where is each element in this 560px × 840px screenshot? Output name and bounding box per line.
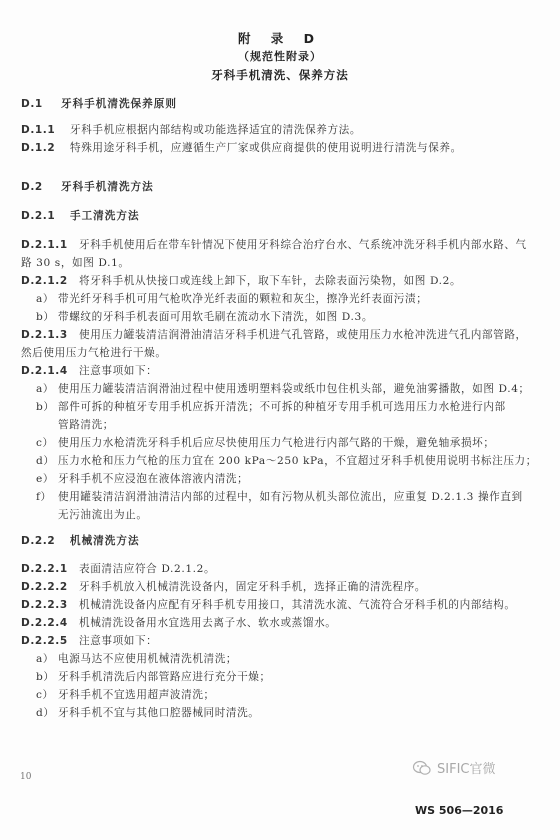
list-item: d）压力水枪和压力气枪的压力宜在 200 kPa～250 kPa，不宜超过牙科手… — [36, 454, 537, 468]
list-text: 牙科手机不应浸泡在液体溶液内清洗； — [58, 473, 248, 485]
normative-label: （规范性附录） — [0, 48, 560, 64]
clause-d225: D.2.2.5注意事项如下： — [21, 634, 157, 648]
clause-text: 牙科手机使用后在带车针情况下使用牙科综合治疗台水、气系统冲洗牙科手机内部水路、气 — [79, 239, 527, 251]
list-text: 使用压力罐装清洁润滑油过程中使用透明塑料袋或纸巾包住机头部，避免油雾播散，如图 … — [58, 383, 530, 395]
clause-text: 表面清洁应符合 D.2.1.2。 — [79, 563, 215, 575]
clause-number: D.1.1 — [21, 123, 70, 137]
list-text: 牙科手机不宜选用超声波清洗； — [58, 689, 215, 701]
watermark: SIFIC官微 — [412, 758, 495, 777]
list-text: 牙科手机不宜与其他口腔器械同时清洗。 — [58, 707, 260, 719]
list-label: e） — [36, 472, 58, 486]
page-title: 牙科手机清洗、保养方法 — [0, 67, 560, 83]
section-heading-d21: D.2.1手工清洗方法 — [21, 209, 140, 223]
list-label: b） — [36, 310, 58, 324]
list-item: a）带光纤牙科手机可用气枪吹净光纤表面的颗粒和灰尘，擦净光纤表面污渍； — [36, 292, 427, 306]
list-label: b） — [36, 670, 58, 684]
appendix-label: 附 录 D — [0, 29, 560, 47]
section-heading-d2: D.2牙科手机清洗方法 — [21, 180, 154, 194]
watermark-text: SIFIC官微 — [437, 758, 495, 777]
page-number: 10 — [20, 772, 31, 782]
clause-text: 注意事项如下： — [79, 635, 157, 647]
list-label: a） — [36, 652, 58, 666]
list-text: 电源马达不应使用机械清洗机清洗； — [58, 653, 237, 665]
list-label: c） — [36, 688, 58, 702]
section-title: 机械清洗方法 — [70, 535, 140, 547]
clause-d222: D.2.2.2牙科手机放入机械清洗设备内，固定牙科手机，选择正确的清洗程序。 — [21, 580, 426, 594]
clause-d11: D.1.1牙科手机应根据内部结构或功能选择适宜的清洗保养方法。 — [21, 123, 361, 137]
list-text: 牙科手机清洗后内部管路应进行充分干燥； — [58, 671, 271, 683]
list-text: 压力水枪和压力气枪的压力宜在 200 kPa～250 kPa，不宜超过牙科手机使… — [58, 455, 537, 467]
list-label: f） — [36, 490, 58, 504]
clause-d223: D.2.2.3机械清洗设备内应配有牙科手机专用接口，其清洗水流、气流符合牙科手机… — [21, 598, 516, 612]
clause-number: D.2.2.3 — [21, 598, 79, 612]
list-text: 带螺纹的牙科手机表面可用软毛刷在流动水下清洗，如图 D.3。 — [58, 311, 373, 323]
clause-number: D.2.2.1 — [21, 562, 79, 576]
clause-text: 机械清洗设备用水宜选用去离子水、软水或蒸馏水。 — [79, 617, 336, 629]
clause-d12: D.1.2特殊用途牙科手机，应遵循生产厂家或供应商提供的使用说明进行清洗与保养。 — [21, 141, 462, 155]
list-item: a）使用压力罐装清洁润滑油过程中使用透明塑料袋或纸巾包住机头部，避免油雾播散，如… — [36, 382, 530, 396]
list-item: b）部件可拆的种植牙专用手机应拆开清洗；不可拆的种植牙专用手机可选用压力水枪进行… — [36, 400, 506, 414]
list-item-continuation: 管路清洗； — [58, 418, 114, 432]
list-label: c） — [36, 436, 58, 450]
list-text: 使用压力水枪清洗牙科手机后应尽快使用压力气枪进行内部气路的干燥，避免轴承损坏； — [58, 437, 495, 449]
list-text: 部件可拆的种植牙专用手机应拆开清洗；不可拆的种植牙专用手机可选用压力水枪进行内部 — [58, 401, 506, 413]
list-item: c）使用压力水枪清洗牙科手机后应尽快使用压力气枪进行内部气路的干燥，避免轴承损坏… — [36, 436, 495, 450]
clause-number: D.2.1.2 — [21, 274, 79, 288]
list-item: f）使用罐装清洁润滑油清洁内部的过程中，如有污物从机头部位流出，应重复 D.2.… — [36, 490, 523, 504]
section-title: 牙科手机清洗方法 — [61, 181, 154, 193]
clause-number: D.2.2.2 — [21, 580, 79, 594]
clause-text: 牙科手机应根据内部结构或功能选择适宜的清洗保养方法。 — [70, 124, 361, 136]
standard-number: WS 506—2016 — [415, 804, 503, 817]
clause-d211-continuation: 路 30 s，如图 D.1。 — [21, 256, 130, 270]
list-label: d） — [36, 454, 58, 468]
list-item: e）牙科手机不应浸泡在液体溶液内清洗； — [36, 472, 248, 486]
clause-d214: D.2.1.4注意事项如下： — [21, 364, 157, 378]
list-item: d）牙科手机不宜与其他口腔器械同时清洗。 — [36, 706, 260, 720]
list-item: a）电源马达不应使用机械清洗机清洗； — [36, 652, 237, 666]
clause-text: 特殊用途牙科手机，应遵循生产厂家或供应商提供的使用说明进行清洗与保养。 — [70, 142, 462, 154]
clause-d213-continuation: 然后使用压力气枪进行干燥。 — [21, 346, 167, 360]
clause-d224: D.2.2.4机械清洗设备用水宜选用去离子水、软水或蒸馏水。 — [21, 616, 336, 630]
section-heading-d1: D.1牙科手机清洗保养原则 — [21, 97, 177, 111]
section-heading-d22: D.2.2机械清洗方法 — [21, 534, 140, 548]
clause-d212: D.2.1.2将牙科手机从快接口或连线上卸下，取下车针，去除表面污染物，如图 D… — [21, 274, 461, 288]
list-item: b）牙科手机清洗后内部管路应进行充分干燥； — [36, 670, 271, 684]
list-text: 带光纤牙科手机可用气枪吹净光纤表面的颗粒和灰尘，擦净光纤表面污渍； — [58, 293, 427, 305]
wechat-icon — [412, 760, 432, 776]
list-item: c）牙科手机不宜选用超声波清洗； — [36, 688, 215, 702]
list-item-continuation: 无污油流出为止。 — [58, 508, 148, 522]
list-label: b） — [36, 400, 58, 414]
section-number: D.2.2 — [21, 534, 70, 548]
clause-text: 牙科手机放入机械清洗设备内，固定牙科手机，选择正确的清洗程序。 — [79, 581, 426, 593]
clause-text: 注意事项如下： — [79, 365, 157, 377]
section-number: D.2 — [21, 180, 61, 194]
list-label: a） — [36, 292, 58, 306]
list-text: 使用罐装清洁润滑油清洁内部的过程中，如有污物从机头部位流出，应重复 D.2.1.… — [58, 491, 523, 503]
section-number: D.1 — [21, 97, 61, 111]
clause-number: D.2.2.4 — [21, 616, 79, 630]
clause-number: D.2.1.4 — [21, 364, 79, 378]
section-title: 牙科手机清洗保养原则 — [61, 98, 177, 110]
clause-d221: D.2.2.1表面清洁应符合 D.2.1.2。 — [21, 562, 215, 576]
clause-text: 机械清洗设备内应配有牙科手机专用接口，其清洗水流、气流符合牙科手机的内部结构。 — [79, 599, 516, 611]
clause-text: 使用压力罐装清洁润滑油清洁牙科手机进气孔管路，或使用压力水枪冲洗进气孔内部管路， — [79, 329, 527, 341]
clause-number: D.1.2 — [21, 141, 70, 155]
list-label: a） — [36, 382, 58, 396]
clause-number: D.2.1.3 — [21, 328, 79, 342]
clause-text: 将牙科手机从快接口或连线上卸下，取下车针，去除表面污染物，如图 D.2。 — [79, 275, 461, 287]
section-number: D.2.1 — [21, 209, 70, 223]
clause-d211: D.2.1.1牙科手机使用后在带车针情况下使用牙科综合治疗台水、气系统冲洗牙科手… — [21, 238, 527, 252]
list-item: b）带螺纹的牙科手机表面可用软毛刷在流动水下清洗，如图 D.3。 — [36, 310, 373, 324]
section-title: 手工清洗方法 — [70, 210, 140, 222]
document-page: 附 录 D （规范性附录） 牙科手机清洗、保养方法 D.1牙科手机清洗保养原则 … — [0, 0, 560, 840]
list-label: d） — [36, 706, 58, 720]
clause-d213: D.2.1.3使用压力罐装清洁润滑油清洁牙科手机进气孔管路，或使用压力水枪冲洗进… — [21, 328, 527, 342]
clause-number: D.2.1.1 — [21, 238, 79, 252]
clause-number: D.2.2.5 — [21, 634, 79, 648]
